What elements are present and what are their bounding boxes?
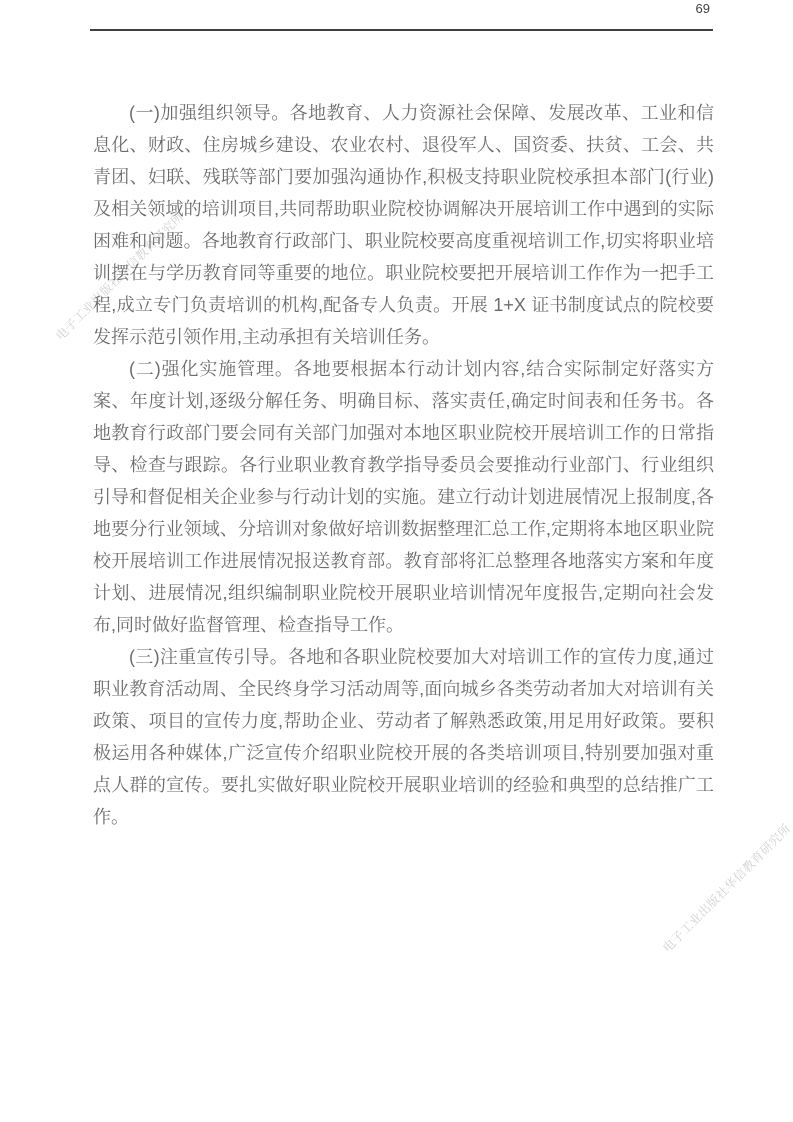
paragraph-implementation-management: (二)强化实施管理。各地要根据本行动计划内容,结合实际制定好落实方案、年度计划,…	[93, 353, 714, 641]
paragraph-organization-leadership: (一)加强组织领导。各地教育、人力资源社会保障、发展改革、工业和信息化、财政、住…	[93, 97, 714, 353]
document-page: 69 电子工业出版社华信教育研究所 电子工业出版社华信教育研究所 (一)加强组织…	[0, 0, 793, 1122]
page-number: 69	[696, 1, 710, 16]
document-body: (一)加强组织领导。各地教育、人力资源社会保障、发展改革、工业和信息化、财政、住…	[93, 97, 714, 833]
paragraph-publicity-guidance: (三)注重宣传引导。各地和各职业院校要加大对培训工作的宣传力度,通过职业教育活动…	[93, 641, 714, 833]
header-rule	[90, 29, 713, 31]
publisher-watermark-bottom: 电子工业出版社华信教育研究所	[660, 821, 793, 955]
